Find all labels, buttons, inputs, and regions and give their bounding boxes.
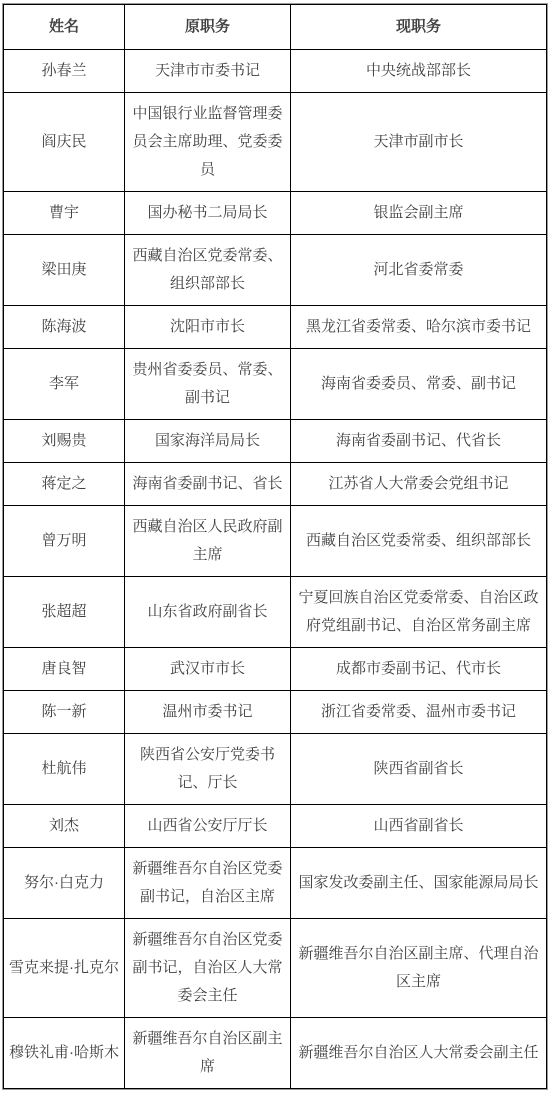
current-position-cell: 新疆维吾尔自治区人大常委会副主任 xyxy=(291,1018,547,1089)
name-cell: 刘赐贵 xyxy=(4,420,125,463)
current-position-cell: 海南省委委员、常委、副书记 xyxy=(291,349,547,420)
former-position-cell: 新疆维吾尔自治区党委副书记，自治区主席 xyxy=(125,848,291,919)
former-position-cell: 新疆维吾尔自治区党委副书记，自治区人大常委会主任 xyxy=(125,919,291,1018)
former-position-cell: 海南省委副书记、省长 xyxy=(125,463,291,506)
table-row: 曾万明西藏自治区人民政府副主席西藏自治区党委常委、组织部部长 xyxy=(4,506,547,577)
name-cell: 刘杰 xyxy=(4,805,125,848)
former-position-cell: 新疆维吾尔自治区副主席 xyxy=(125,1018,291,1089)
former-position-cell: 武汉市市长 xyxy=(125,648,291,691)
name-cell: 梁田庚 xyxy=(4,235,125,306)
table-row: 陈海波沈阳市市长黑龙江省委常委、哈尔滨市委书记 xyxy=(4,306,547,349)
former-position-cell: 中国银行业监督管理委员会主席助理、党委委员 xyxy=(125,93,291,192)
former-position-cell: 陕西省公安厅党委书记、厅长 xyxy=(125,734,291,805)
current-position-cell: 西藏自治区党委常委、组织部部长 xyxy=(291,506,547,577)
current-position-cell: 宁夏回族自治区党委常委、自治区政府党组副书记、自治区常务副主席 xyxy=(291,577,547,648)
table-row: 梁田庚西藏自治区党委常委、组织部部长河北省委常委 xyxy=(4,235,547,306)
table-row: 杜航伟陕西省公安厅党委书记、厅长陕西省副省长 xyxy=(4,734,547,805)
name-cell: 唐良智 xyxy=(4,648,125,691)
current-position-cell: 江苏省人大常委会党组书记 xyxy=(291,463,547,506)
header-row: 姓名原职务现职务 xyxy=(4,5,547,50)
table-frame: 姓名原职务现职务 孙春兰天津市市委书记中央统战部部长阎庆民中国银行业监督管理委员… xyxy=(2,3,548,1090)
current-position-cell: 山西省副省长 xyxy=(291,805,547,848)
current-position-cell: 成都市委副书记、代市长 xyxy=(291,648,547,691)
table-row: 唐良智武汉市市长成都市委副书记、代市长 xyxy=(4,648,547,691)
name-cell: 李军 xyxy=(4,349,125,420)
former-position-cell: 温州市委书记 xyxy=(125,691,291,734)
former-position-cell: 天津市市委书记 xyxy=(125,50,291,93)
current-position-cell: 天津市副市长 xyxy=(291,93,547,192)
former-position-cell: 山东省政府副省长 xyxy=(125,577,291,648)
name-cell: 雪克来提·扎克尔 xyxy=(4,919,125,1018)
current-position-cell: 浙江省委常委、温州市委书记 xyxy=(291,691,547,734)
table-row: 努尔·白克力新疆维吾尔自治区党委副书记，自治区主席国家发改委副主任、国家能源局局… xyxy=(4,848,547,919)
header-cell-former-position: 原职务 xyxy=(125,5,291,50)
current-position-cell: 银监会副主席 xyxy=(291,192,547,235)
table-row: 蒋定之海南省委副书记、省长江苏省人大常委会党组书记 xyxy=(4,463,547,506)
name-cell: 曾万明 xyxy=(4,506,125,577)
name-cell: 蒋定之 xyxy=(4,463,125,506)
name-cell: 努尔·白克力 xyxy=(4,848,125,919)
table-row: 阎庆民中国银行业监督管理委员会主席助理、党委委员天津市副市长 xyxy=(4,93,547,192)
former-position-cell: 国办秘书二局局长 xyxy=(125,192,291,235)
name-cell: 陈海波 xyxy=(4,306,125,349)
table-row: 刘杰山西省公安厅厅长山西省副省长 xyxy=(4,805,547,848)
table-row: 刘赐贵国家海洋局局长海南省委副书记、代省长 xyxy=(4,420,547,463)
current-position-cell: 国家发改委副主任、国家能源局局长 xyxy=(291,848,547,919)
header-cell-current-position: 现职务 xyxy=(291,5,547,50)
table-row: 雪克来提·扎克尔新疆维吾尔自治区党委副书记，自治区人大常委会主任新疆维吾尔自治区… xyxy=(4,919,547,1018)
table-row: 孙春兰天津市市委书记中央统战部部长 xyxy=(4,50,547,93)
former-position-cell: 西藏自治区党委常委、组织部部长 xyxy=(125,235,291,306)
name-cell: 孙春兰 xyxy=(4,50,125,93)
name-cell: 曹宇 xyxy=(4,192,125,235)
current-position-cell: 陕西省副省长 xyxy=(291,734,547,805)
current-position-cell: 海南省委副书记、代省长 xyxy=(291,420,547,463)
name-cell: 陈一新 xyxy=(4,691,125,734)
name-cell: 杜航伟 xyxy=(4,734,125,805)
former-position-cell: 国家海洋局局长 xyxy=(125,420,291,463)
header-cell-name: 姓名 xyxy=(4,5,125,50)
table-body: 孙春兰天津市市委书记中央统战部部长阎庆民中国银行业监督管理委员会主席助理、党委委… xyxy=(4,50,547,1089)
name-cell: 张超超 xyxy=(4,577,125,648)
current-position-cell: 新疆维吾尔自治区副主席、代理自治区主席 xyxy=(291,919,547,1018)
current-position-cell: 中央统战部部长 xyxy=(291,50,547,93)
current-position-cell: 河北省委常委 xyxy=(291,235,547,306)
table-row: 李军贵州省委委员、常委、副书记海南省委委员、常委、副书记 xyxy=(4,349,547,420)
table-row: 曹宇国办秘书二局局长银监会副主席 xyxy=(4,192,547,235)
name-cell: 阎庆民 xyxy=(4,93,125,192)
table-row: 张超超山东省政府副省长宁夏回族自治区党委常委、自治区政府党组副书记、自治区常务副… xyxy=(4,577,547,648)
name-cell: 穆铁礼甫·哈斯木 xyxy=(4,1018,125,1089)
former-position-cell: 西藏自治区人民政府副主席 xyxy=(125,506,291,577)
former-position-cell: 贵州省委委员、常委、副书记 xyxy=(125,349,291,420)
former-position-cell: 山西省公安厅厅长 xyxy=(125,805,291,848)
table-row: 穆铁礼甫·哈斯木新疆维吾尔自治区副主席新疆维吾尔自治区人大常委会副主任 xyxy=(4,1018,547,1089)
table-row: 陈一新温州市委书记浙江省委常委、温州市委书记 xyxy=(4,691,547,734)
current-position-cell: 黑龙江省委常委、哈尔滨市委书记 xyxy=(291,306,547,349)
positions-table: 姓名原职务现职务 孙春兰天津市市委书记中央统战部部长阎庆民中国银行业监督管理委员… xyxy=(3,4,547,1089)
former-position-cell: 沈阳市市长 xyxy=(125,306,291,349)
